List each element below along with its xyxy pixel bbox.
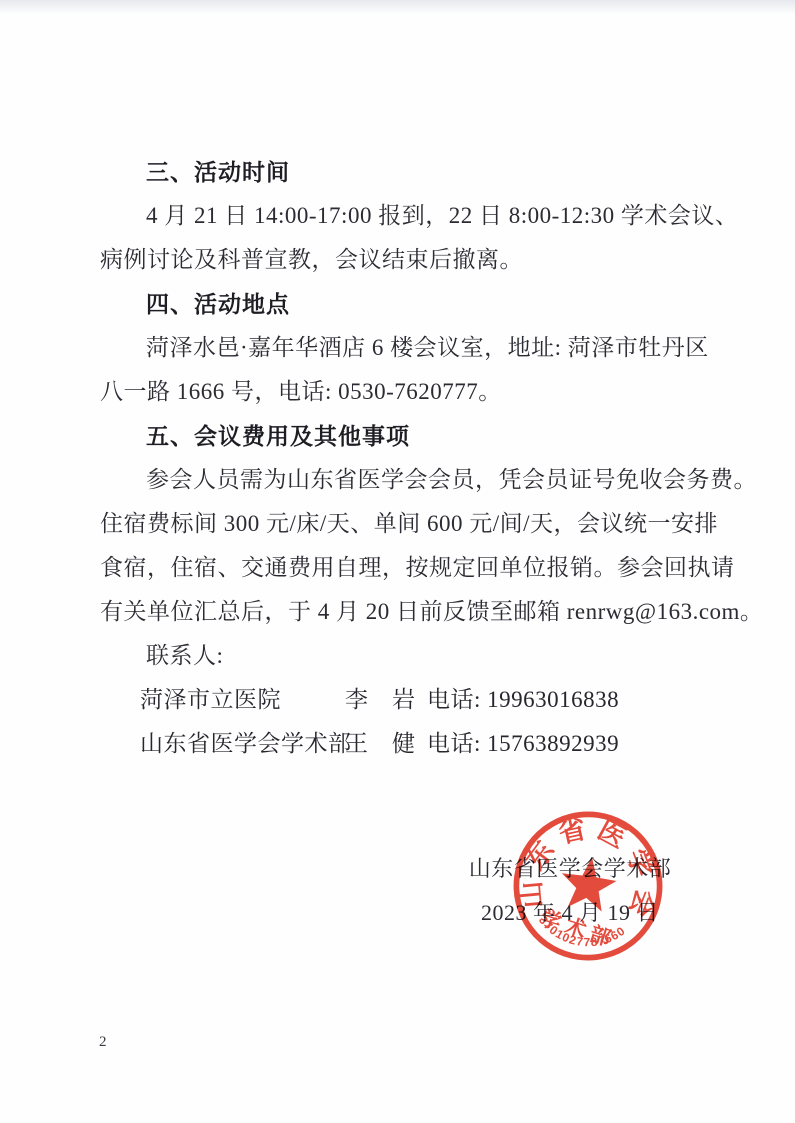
section-heading-fees: 五、会议费用及其他事项 bbox=[100, 414, 700, 458]
contact-name: 王 健 bbox=[345, 722, 427, 766]
section-heading-activity-place: 四、活动地点 bbox=[100, 282, 700, 326]
section-heading-activity-time: 三、活动时间 bbox=[100, 150, 700, 194]
contacts-label: 联系人: bbox=[100, 634, 700, 678]
contact-org: 菏泽市立医院 bbox=[140, 678, 345, 722]
contact-org: 山东省医学会学术部 bbox=[140, 722, 345, 766]
paragraph-line: 病例讨论及科普宣教，会议结束后撤离。 bbox=[100, 238, 700, 282]
paragraph-line: 住宿费标间 300 元/床/天、单间 600 元/间/天，会议统一安排 bbox=[100, 502, 700, 546]
paragraph-line: 参会人员需为山东省医学会会员，凭会员证号免收会务费。 bbox=[100, 458, 700, 502]
page-number: 2 bbox=[99, 1034, 107, 1051]
contact-row: 山东省医学会学术部 王 健 电话: 15763892939 bbox=[100, 722, 700, 766]
paragraph-line: 菏泽水邑·嘉年华酒店 6 楼会议室，地址: 菏泽市牡丹区 bbox=[100, 326, 700, 370]
contact-row: 菏泽市立医院 李 岩 电话: 19963016838 bbox=[100, 678, 700, 722]
document-page: 三、活动时间 4 月 21 日 14:00-17:00 报到，22 日 8:00… bbox=[0, 0, 795, 1123]
paragraph-line: 食宿，住宿、交通费用自理，按规定回单位报销。参会回执请 bbox=[100, 546, 700, 590]
paragraph-line: 有关单位汇总后，于 4 月 20 日前反馈至邮箱 renrwg@163.com。 bbox=[100, 590, 700, 634]
contact-phone: 电话: 19963016838 bbox=[427, 678, 700, 722]
document-body: 三、活动时间 4 月 21 日 14:00-17:00 报到，22 日 8:00… bbox=[100, 150, 700, 766]
contact-name: 李 岩 bbox=[345, 678, 427, 722]
paragraph-line: 4 月 21 日 14:00-17:00 报到，22 日 8:00-12:30 … bbox=[100, 194, 700, 238]
paragraph-line: 八一路 1666 号，电话: 0530-7620777。 bbox=[100, 370, 700, 414]
contact-phone: 电话: 15763892939 bbox=[427, 722, 700, 766]
signature-org: 山东省医学会学术部 bbox=[420, 847, 720, 891]
signature-date: 2023 年 4 月 19 日 bbox=[420, 891, 720, 935]
signature-block: 山东省医学会学术部 2023 年 4 月 19 日 bbox=[420, 847, 720, 935]
